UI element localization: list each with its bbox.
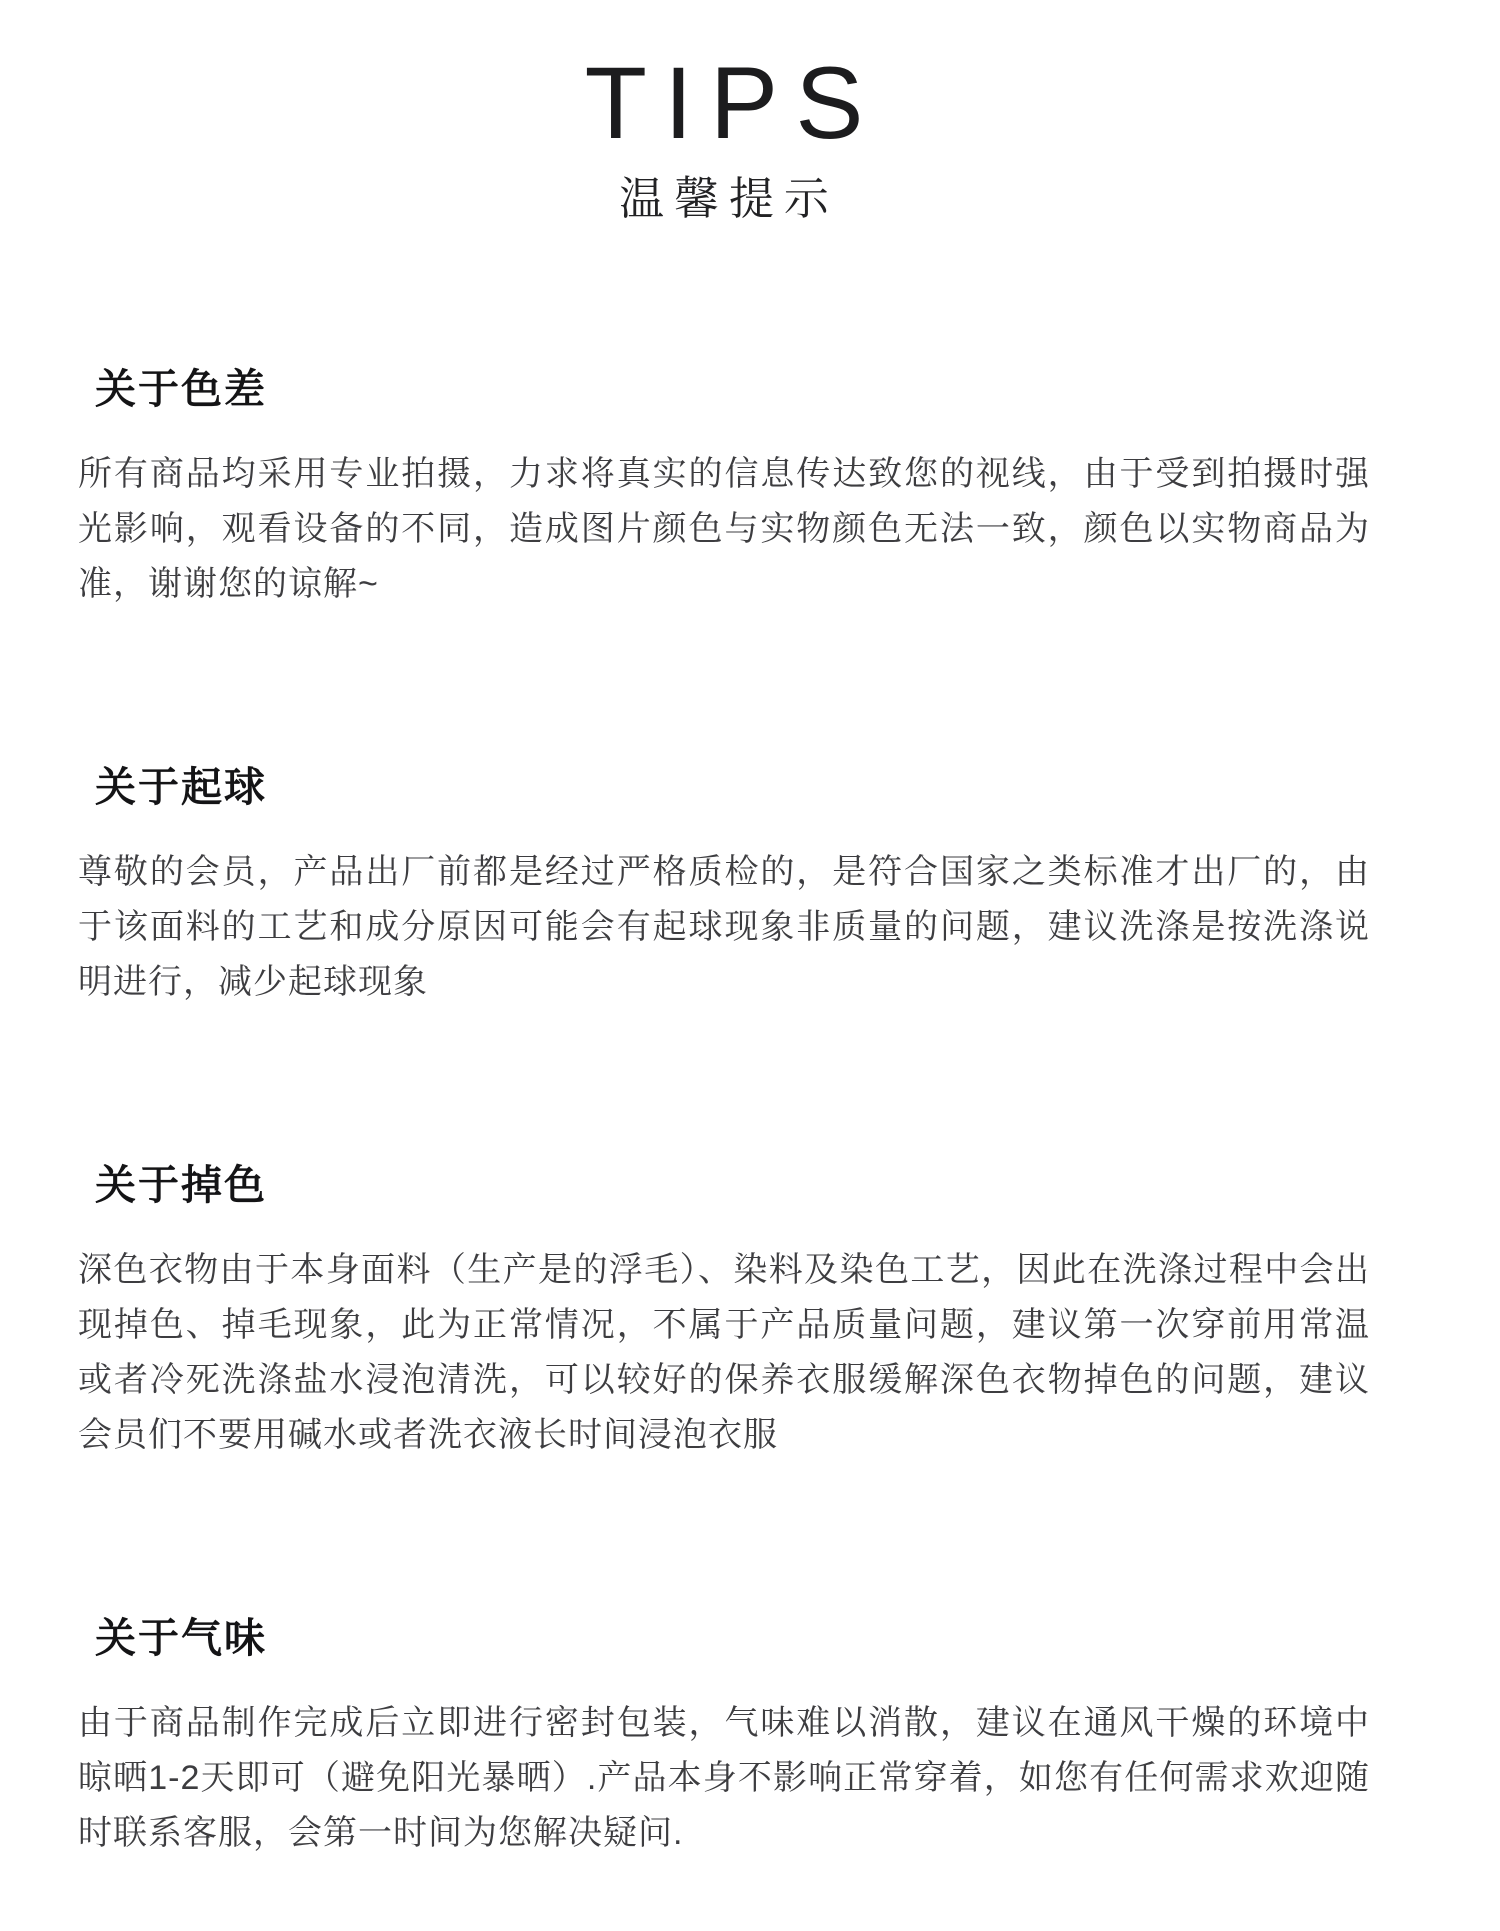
section-body: 深色衣物由于本身面料（生产是的浮毛）、染料及染色工艺，因此在洗涤过程中会出现掉色…: [78, 1243, 1370, 1463]
page-header: TIPS 温馨提示: [78, 52, 1370, 224]
section-body: 由于商品制作完成后立即进行密封包装，气味难以消散，建议在通风干燥的环境中晾晒1-…: [78, 1696, 1370, 1861]
section-heading: 关于起球: [95, 764, 1390, 811]
section-heading: 关于气味: [95, 1615, 1390, 1662]
section-body: 尊敬的会员，产品出厂前都是经过严格质检的，是符合国家之类标准才出厂的，由于该面料…: [78, 845, 1370, 1010]
section-body: 所有商品均采用专业拍摄，力求将真实的信息传达致您的视线，由于受到拍摄时强光影响，…: [78, 447, 1370, 612]
section-heading: 关于掉色: [95, 1162, 1390, 1209]
section-odor: 关于气味 由于商品制作完成后立即进行密封包装，气味难以消散，建议在通风干燥的环境…: [78, 1615, 1390, 1861]
section-color-difference: 关于色差 所有商品均采用专业拍摄，力求将真实的信息传达致您的视线，由于受到拍摄时…: [78, 366, 1390, 612]
section-color-fading: 关于掉色 深色衣物由于本身面料（生产是的浮毛）、染料及染色工艺，因此在洗涤过程中…: [78, 1162, 1390, 1463]
section-heading: 关于色差: [95, 366, 1390, 413]
page-subtitle: 温馨提示: [78, 174, 1380, 224]
tips-notice-page: TIPS 温馨提示 关于色差 所有商品均采用专业拍摄，力求将真实的信息传达致您的…: [0, 0, 1500, 1931]
page-title: TIPS: [78, 52, 1387, 154]
section-pilling: 关于起球 尊敬的会员，产品出厂前都是经过严格质检的，是符合国家之类标准才出厂的，…: [78, 764, 1390, 1010]
